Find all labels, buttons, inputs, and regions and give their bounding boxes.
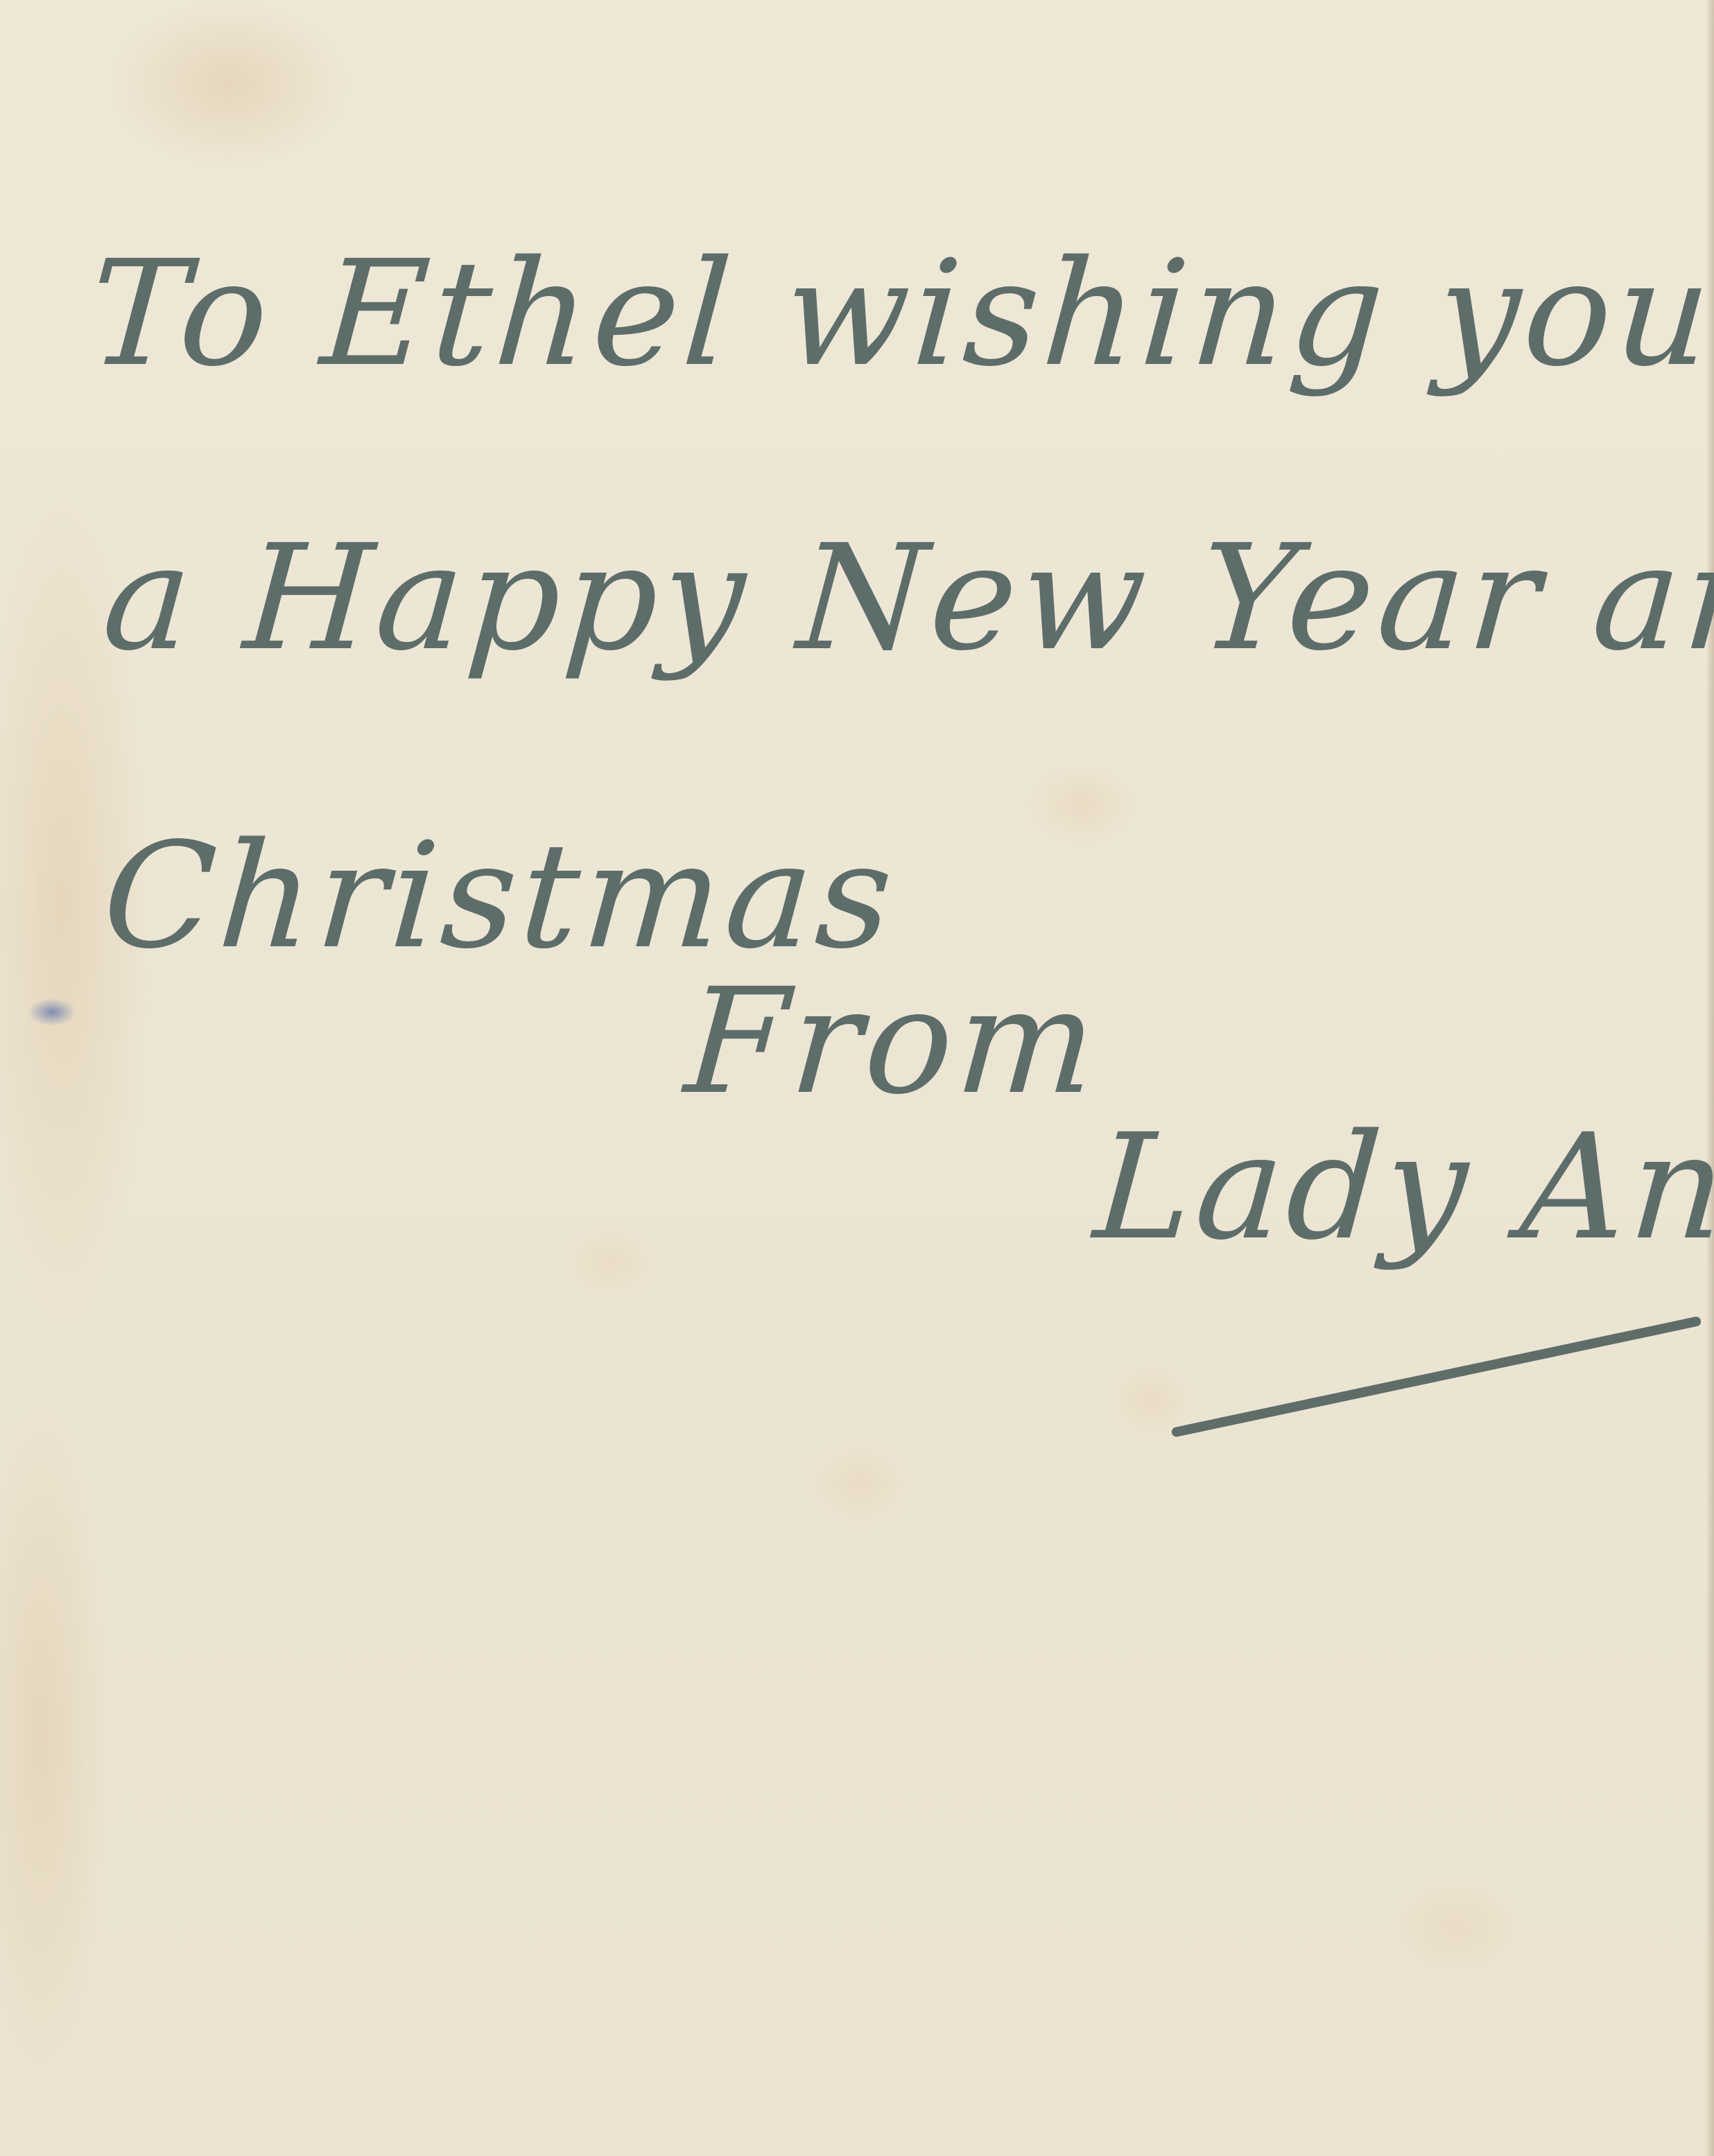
message-line-greeting: To Ethel wishing you [84, 229, 1714, 399]
message-line-christmas: Christmas [98, 811, 901, 981]
signature: Lady Anne [1089, 1102, 1714, 1272]
card-paper: To Ethel wishing you a Happy New Year an… [0, 0, 1714, 2156]
message-line-wish: a Happy New Year and [98, 513, 1714, 683]
signature-underline [1171, 1316, 1702, 1438]
message-line-from: From [680, 957, 1105, 1127]
handwritten-message: To Ethel wishing you a Happy New Year an… [0, 0, 1714, 2156]
